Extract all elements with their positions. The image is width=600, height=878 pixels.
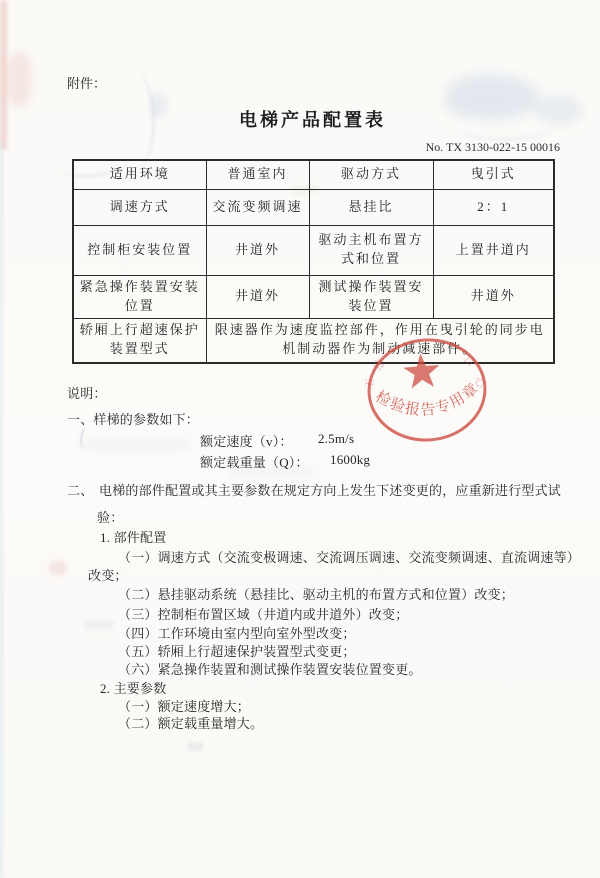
ink-bleed-mark <box>78 427 94 451</box>
cell-label: 测试操作装置安 装位置 <box>309 275 433 318</box>
cell-label: 驱动主机布置方 式和位置 <box>309 225 433 275</box>
table-row: 紧急操作装置安装 位置 井道外 测试操作装置安 装位置 井道外 <box>73 275 554 318</box>
cell-line: 驱动主机布置方 <box>312 231 431 250</box>
cell-value: 井道外 <box>433 275 554 318</box>
cell-value: 2：1 <box>433 189 554 225</box>
cell-label: 适用环境 <box>73 160 206 189</box>
stamp-bottom-text: 检验报告专用章 <box>371 378 484 422</box>
rated-speed-value: 2.5m/s <box>318 431 354 447</box>
document-number: No. TX 3130-022-15 00016 <box>0 140 560 155</box>
scan-smudge <box>188 742 203 751</box>
svg-text:检验报告专用章: 检验报告专用章 <box>371 378 484 422</box>
subsection-2-item-2: （二）额定载重量增大。 <box>118 713 263 732</box>
subsection-1-item-1-cont: 改变； <box>88 565 128 584</box>
cell-line: 装置型式 <box>76 340 204 359</box>
cell-label: 轿厢上行超速保护 装置型式 <box>73 318 206 363</box>
cell-line: 装位置 <box>312 297 431 316</box>
subsection-2-title: 2. 主要参数 <box>100 678 166 697</box>
scan-smudge <box>80 440 190 451</box>
cell-label: 调速方式 <box>73 189 206 225</box>
cell-value: 井道外 <box>206 225 309 275</box>
cell-label: 控制柜安装位置 <box>73 225 206 275</box>
stamp-arc-fragment: 工 <box>363 378 377 390</box>
cell-label: 紧急操作装置安装 位置 <box>73 275 206 318</box>
subsection-1-item-4: （四）工作环境由室内型向室外型改变； <box>118 623 356 642</box>
note-item-2-line2: 验： <box>97 507 123 526</box>
cell-line: 位置 <box>76 297 204 316</box>
note-item-1: 一、样梯的参数如下： <box>67 409 199 428</box>
cell-line: 紧急操作装置安装 <box>76 278 204 297</box>
table-row: 控制柜安装位置 井道外 驱动主机布置方 式和位置 上置井道内 <box>73 225 554 275</box>
note-item-2-marker: 二、 <box>67 480 93 499</box>
page-title: 电梯产品配置表 <box>0 106 600 132</box>
rated-speed-label: 额定速度（v）： <box>200 431 293 450</box>
subsection-1-item-1: （一）调速方式（交流变极调速、交流调压调速、交流变频调速、直流调速等） <box>118 547 580 566</box>
cell-line: 式和位置 <box>312 250 431 269</box>
scanned-document-page: 附件： 电梯产品配置表 No. TX 3130-022-15 00016 适用环… <box>0 0 600 878</box>
rated-load-label: 额定载重量（Q）： <box>200 452 309 471</box>
cell-value: 井道外 <box>206 275 309 318</box>
scan-edge-artifact <box>0 140 3 878</box>
subsection-1-title: 1. 部件配置 <box>100 527 166 546</box>
cell-value: 普通室内 <box>206 160 309 189</box>
cell-line: 轿厢上行超速保护 <box>76 321 204 340</box>
scan-smudge <box>48 560 68 576</box>
attachment-label: 附件： <box>67 73 106 92</box>
subsection-1-item-2: （二）悬挂驱动系统（悬挂比、驱动主机的布置方式和位置）改变； <box>118 584 514 603</box>
cell-label: 悬挂比 <box>309 189 433 225</box>
stamp-arc-fragment: 日 <box>461 352 478 369</box>
cell-value: 曳引式 <box>433 160 554 189</box>
note-item-2-line1: 电梯的部件配置或其主要参数在规定方向上发生下述变更的，应重新进行型式试 <box>99 480 561 499</box>
notes-heading: 说明： <box>67 383 107 402</box>
subsection-1-item-6: （六）紧急操作装置和测试操作装置安装位置变更。 <box>118 659 422 678</box>
rated-load-value: 1600kg <box>330 452 370 468</box>
cell-value: 交流变频调速 <box>206 189 309 225</box>
subsection-1-item-3: （三）控制柜布置区域（井道内或井道外）改变； <box>118 604 408 623</box>
stamp-star-icon <box>402 352 441 389</box>
cell-value: 上置井道内 <box>433 225 554 275</box>
scan-edge-artifact <box>6 52 32 107</box>
table-row: 调速方式 交流变频调速 悬挂比 2：1 <box>73 189 554 225</box>
subsection-1-item-5: （五）轿厢上行超速保护装置型式变更； <box>118 641 356 660</box>
cell-line: 测试操作装置安 <box>312 278 431 297</box>
scan-smudge <box>84 620 114 630</box>
inspection-report-stamp-icon: 检验报告专用章 速 工 日 心 <box>357 330 497 452</box>
cell-label: 驱动方式 <box>309 160 433 189</box>
table-row: 适用环境 普通室内 驱动方式 曳引式 <box>73 160 554 189</box>
